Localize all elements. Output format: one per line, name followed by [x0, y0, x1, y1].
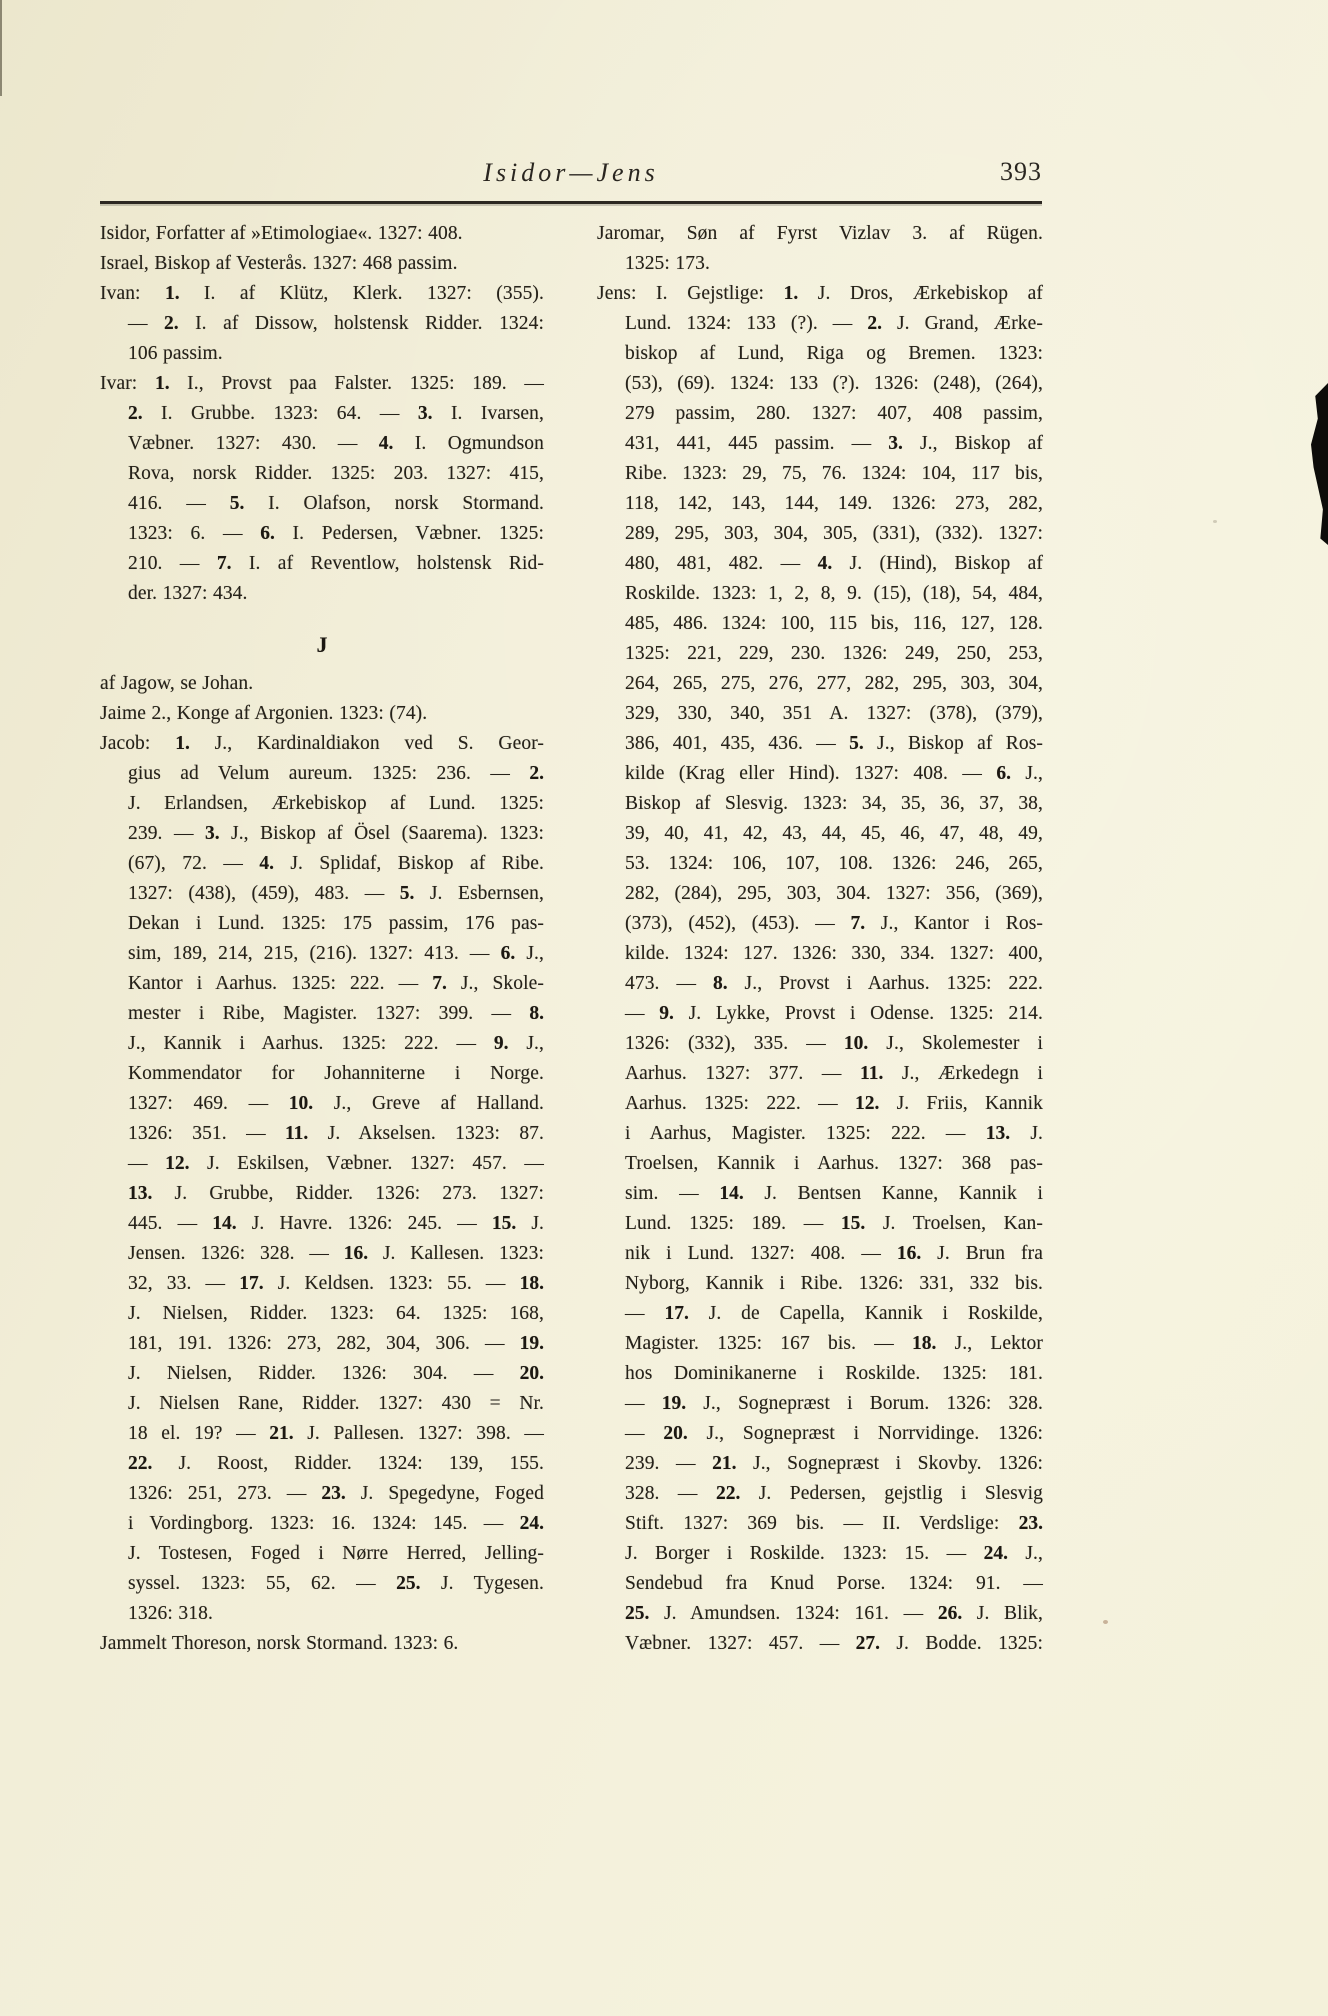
index-text-line: 279 passim, 280. 1327: 407, 408 passim, [597, 399, 1043, 429]
index-text-line: der. 1327: 434. [100, 579, 544, 609]
index-text-line: Jacob: 1. J., Kardinaldiakon ved S. Geor… [100, 729, 544, 759]
index-text-line: Jaromar, Søn af Fyrst Vizlav 3. af Rügen… [597, 219, 1043, 249]
index-text-line: 1327: (438), (459), 483. — 5. J. Esberns… [100, 879, 544, 909]
index-text-line: — 17. J. de Capella, Kannik i Roskilde, [597, 1299, 1043, 1329]
index-text-line: 416. — 5. I. Olafson, norsk Stormand. [100, 489, 544, 519]
index-text-line: 1326: 251, 273. — 23. J. Spegedyne, Foge… [100, 1479, 544, 1509]
index-text-line: 386, 401, 435, 436. — 5. J., Biskop af R… [597, 729, 1043, 759]
index-text-line: 239. — 21. J., Sognepræst i Skovby. 1326… [597, 1449, 1043, 1479]
index-text-line: Nyborg, Kannik i Ribe. 1326: 331, 332 bi… [597, 1269, 1043, 1299]
index-text-line: sim, 189, 214, 215, (216). 1327: 413. — … [100, 939, 544, 969]
index-text-line: 289, 295, 303, 304, 305, (331), (332). 1… [597, 519, 1043, 549]
index-text-line: 106 passim. [100, 339, 544, 369]
index-text-line: 445. — 14. J. Havre. 1326: 245. — 15. J. [100, 1209, 544, 1239]
index-text-line: 282, (284), 295, 303, 304. 1327: 356, (3… [597, 879, 1043, 909]
index-text-line: 1326: (332), 335. — 10. J., Skolemester … [597, 1029, 1043, 1059]
index-text-line: 480, 481, 482. — 4. J. (Hind), Biskop af [597, 549, 1043, 579]
index-text-line: Aarhus. 1325: 222. — 12. J. Friis, Kanni… [597, 1089, 1043, 1119]
paper-speck [1213, 520, 1217, 523]
index-text-line: 118, 142, 143, 144, 149. 1326: 273, 282, [597, 489, 1043, 519]
index-text-line: nik i Lund. 1327: 408. — 16. J. Brun fra [597, 1239, 1043, 1269]
index-text-line: 32, 33. — 17. J. Keldsen. 1323: 55. — 18… [100, 1269, 544, 1299]
scanned-book-page: Isidor—Jens 393 Isidor, Forfatter af »Et… [0, 0, 1328, 2016]
index-text-line: Kantor i Aarhus. 1325: 222. — 7. J., Sko… [100, 969, 544, 999]
index-text-line: Aarhus. 1327: 377. — 11. J., Ærkedegn i [597, 1059, 1043, 1089]
index-text-line: 1326: 351. — 11. J. Akselsen. 1323: 87. [100, 1119, 544, 1149]
index-text-line: Stift. 1327: 369 bis. — II. Verdslige: 2… [597, 1509, 1043, 1539]
index-text-line: Ribe. 1323: 29, 75, 76. 1324: 104, 117 b… [597, 459, 1043, 489]
section-heading: J [100, 630, 544, 660]
index-text-line: 431, 441, 445 passim. — 3. J., Biskop af [597, 429, 1043, 459]
index-text-line: syssel. 1323: 55, 62. — 25. J. Tygesen. [100, 1569, 544, 1599]
index-text-line: (373), (452), (453). — 7. J., Kantor i R… [597, 909, 1043, 939]
index-text-line: 210. — 7. I. af Reventlow, holstensk Rid… [100, 549, 544, 579]
index-text-line: i Aarhus, Magister. 1325: 222. — 13. J. [597, 1119, 1043, 1149]
index-text-line: 2. I. Grubbe. 1323: 64. — 3. I. Ivarsen, [100, 399, 544, 429]
index-text-line: 473. — 8. J., Provst i Aarhus. 1325: 222… [597, 969, 1043, 999]
scan-ink-blob-artifact [1311, 383, 1328, 545]
index-text-line: — 20. J., Sognepræst i Norrvidinge. 1326… [597, 1419, 1043, 1449]
index-text-line: biskop af Lund, Riga og Bremen. 1323: [597, 339, 1043, 369]
running-head-title: Isidor—Jens [400, 158, 742, 188]
index-text-line: J. Nielsen, Ridder. 1326: 304. — 20. [100, 1359, 544, 1389]
index-text-line: hos Dominikanerne i Roskilde. 1325: 181. [597, 1359, 1043, 1389]
index-text-line: Lund. 1324: 133 (?). — 2. J. Grand, Ærke… [597, 309, 1043, 339]
index-text-line: kilde. 1324: 127. 1326: 330, 334. 1327: … [597, 939, 1043, 969]
index-text-line: (53), (69). 1324: 133 (?). 1326: (248), … [597, 369, 1043, 399]
page-number: 393 [950, 157, 1042, 187]
index-text-line: 13. J. Grubbe, Ridder. 1326: 273. 1327: [100, 1179, 544, 1209]
paper-speck [1103, 1620, 1108, 1624]
index-text-line: Væbner. 1327: 457. — 27. J. Bodde. 1325: [597, 1629, 1043, 1659]
index-text-line: 53. 1324: 106, 107, 108. 1326: 246, 265, [597, 849, 1043, 879]
index-text-line: J. Tostesen, Foged i Nørre Herred, Jelli… [100, 1539, 544, 1569]
index-text-line: — 9. J. Lykke, Provst i Odense. 1325: 21… [597, 999, 1043, 1029]
index-text-line: (67), 72. — 4. J. Splidaf, Biskop af Rib… [100, 849, 544, 879]
index-text-line: 1327: 469. — 10. J., Greve af Halland. [100, 1089, 544, 1119]
index-text-line: Israel, Biskop af Vesterås. 1327: 468 pa… [100, 249, 544, 279]
index-text-line: J. Nielsen, Ridder. 1323: 64. 1325: 168, [100, 1299, 544, 1329]
index-text-line: 25. J. Amundsen. 1324: 161. — 26. J. Bli… [597, 1599, 1043, 1629]
index-text-line: 1323: 6. — 6. I. Pedersen, Væbner. 1325: [100, 519, 544, 549]
index-text-line: 264, 265, 275, 276, 277, 282, 295, 303, … [597, 669, 1043, 699]
index-text-line: Rova, norsk Ridder. 1325: 203. 1327: 415… [100, 459, 544, 489]
index-column-right: Jaromar, Søn af Fyrst Vizlav 3. af Rügen… [597, 219, 1043, 1659]
index-text-line: — 19. J., Sognepræst i Borum. 1326: 328. [597, 1389, 1043, 1419]
index-text-line: Kommendator for Johanniterne i Norge. [100, 1059, 544, 1089]
index-text-line: Jensen. 1326: 328. — 16. J. Kallesen. 13… [100, 1239, 544, 1269]
index-text-line: 329, 330, 340, 351 A. 1327: (378), (379)… [597, 699, 1043, 729]
index-text-line: 39, 40, 41, 42, 43, 44, 45, 46, 47, 48, … [597, 819, 1043, 849]
index-text-line: J. Erlandsen, Ærkebiskop af Lund. 1325: [100, 789, 544, 819]
index-text-line: 1325: 173. [597, 249, 1043, 279]
index-text-line: Jammelt Thoreson, norsk Stormand. 1323: … [100, 1629, 544, 1659]
index-text-line: Magister. 1325: 167 bis. — 18. J., Lekto… [597, 1329, 1043, 1359]
scan-edge-artifact [0, 0, 2, 96]
index-text-line: sim. — 14. J. Bentsen Kanne, Kannik i [597, 1179, 1043, 1209]
index-text-line: 22. J. Roost, Ridder. 1324: 139, 155. [100, 1449, 544, 1479]
index-text-line: 328. — 22. J. Pedersen, gejstlig i Slesv… [597, 1479, 1043, 1509]
index-text-line: 485, 486. 1324: 100, 115 bis, 116, 127, … [597, 609, 1043, 639]
index-text-line: Ivan: 1. I. af Klütz, Klerk. 1327: (355)… [100, 279, 544, 309]
index-text-line: Væbner. 1327: 430. — 4. I. Ogmundson [100, 429, 544, 459]
index-text-line: Ivar: 1. I., Provst paa Falster. 1325: 1… [100, 369, 544, 399]
index-text-line: i Vordingborg. 1323: 16. 1324: 145. — 24… [100, 1509, 544, 1539]
index-text-line: 18 el. 19? — 21. J. Pallesen. 1327: 398.… [100, 1419, 544, 1449]
index-text-line: — 2. I. af Dissow, holstensk Ridder. 132… [100, 309, 544, 339]
index-text-line: J. Borger i Roskilde. 1323: 15. — 24. J.… [597, 1539, 1043, 1569]
index-text-line: Lund. 1325: 189. — 15. J. Troelsen, Kan- [597, 1209, 1043, 1239]
index-text-line: mester i Ribe, Magister. 1327: 399. — 8. [100, 999, 544, 1029]
index-text-line: Dekan i Lund. 1325: 175 passim, 176 pas- [100, 909, 544, 939]
index-text-line: — 12. J. Eskilsen, Væbner. 1327: 457. — [100, 1149, 544, 1179]
index-text-line: J., Kannik i Aarhus. 1325: 222. — 9. J., [100, 1029, 544, 1059]
index-text-line: J. Nielsen Rane, Ridder. 1327: 430 = Nr. [100, 1389, 544, 1419]
index-text-line: Troelsen, Kannik i Aarhus. 1327: 368 pas… [597, 1149, 1043, 1179]
index-column-left: Isidor, Forfatter af »Etimologiae«. 1327… [100, 219, 544, 1659]
header-rule [100, 201, 1042, 204]
index-text-line: Isidor, Forfatter af »Etimologiae«. 1327… [100, 219, 544, 249]
index-text-line: Jaime 2., Konge af Argonien. 1323: (74). [100, 699, 544, 729]
index-text-line: kilde (Krag eller Hind). 1327: 408. — 6.… [597, 759, 1043, 789]
index-text-line: Sendebud fra Knud Porse. 1324: 91. — [597, 1569, 1043, 1599]
index-text-line: Roskilde. 1323: 1, 2, 8, 9. (15), (18), … [597, 579, 1043, 609]
index-text-line: Biskop af Slesvig. 1323: 34, 35, 36, 37,… [597, 789, 1043, 819]
index-text-line: gius ad Velum aureum. 1325: 236. — 2. [100, 759, 544, 789]
index-text-line: 1326: 318. [100, 1599, 544, 1629]
index-text-line: Jens: I. Gejstlige: 1. J. Dros, Ærkebisk… [597, 279, 1043, 309]
index-text-line: af Jagow, se Johan. [100, 669, 544, 699]
index-text-line: 1325: 221, 229, 230. 1326: 249, 250, 253… [597, 639, 1043, 669]
index-text-line: 239. — 3. J., Biskop af Ösel (Saarema). … [100, 819, 544, 849]
index-text-line: 181, 191. 1326: 273, 282, 304, 306. — 19… [100, 1329, 544, 1359]
